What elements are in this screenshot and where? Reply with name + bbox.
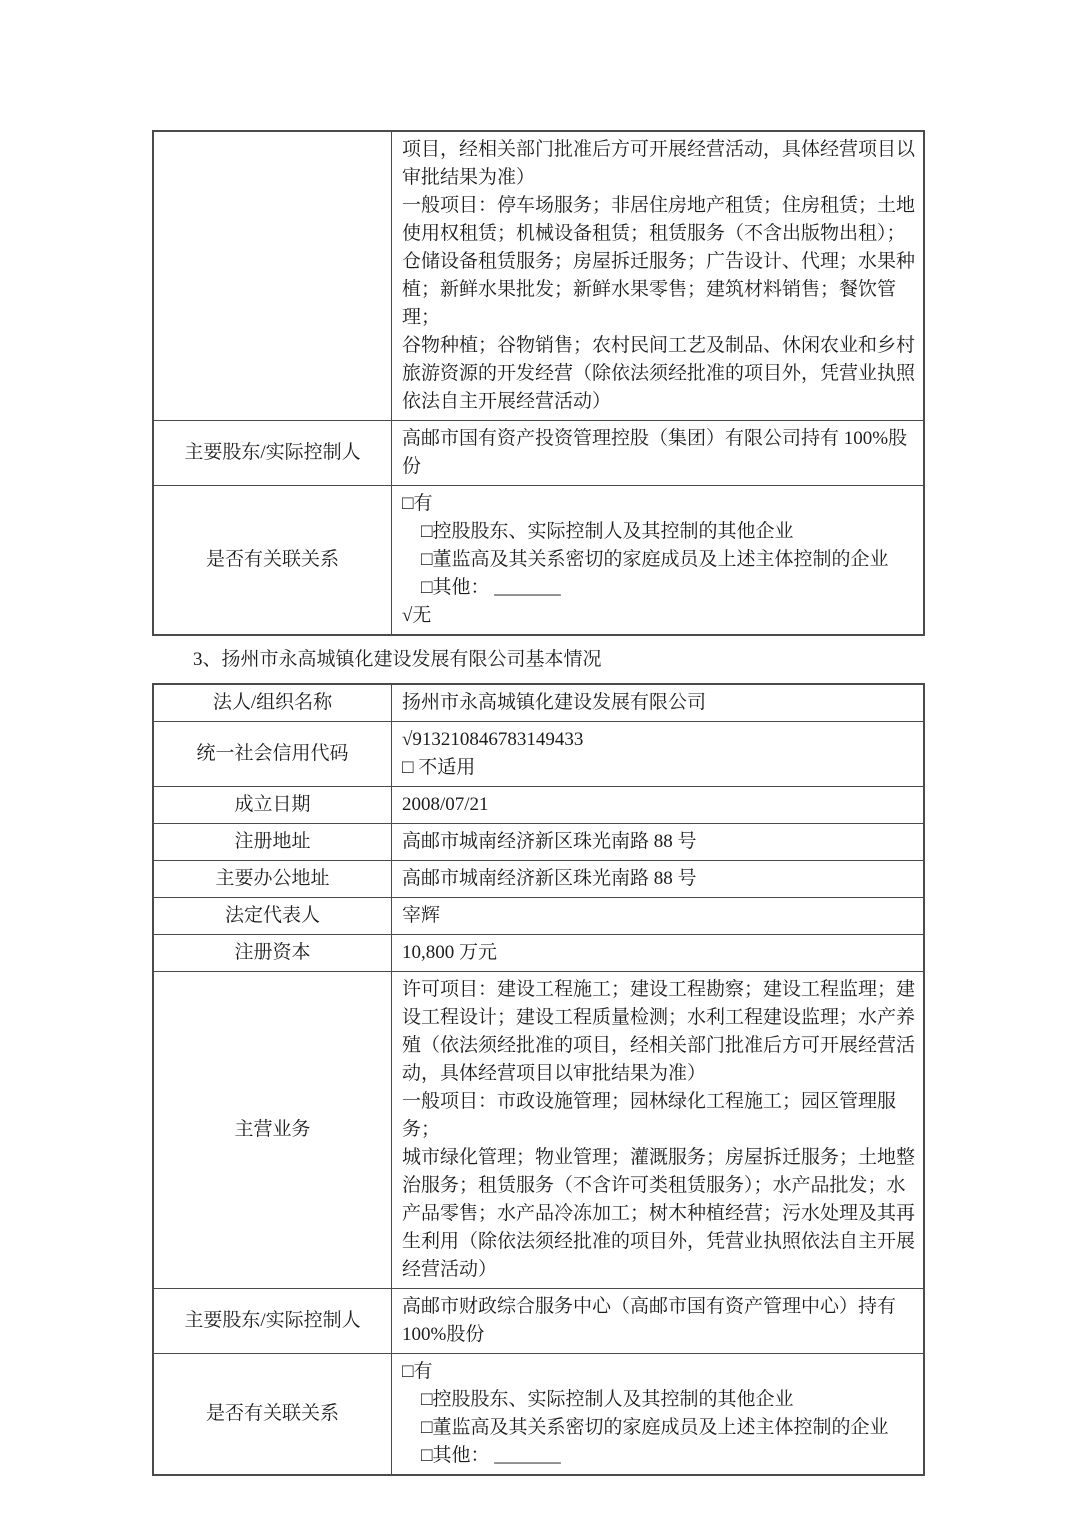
row-label-text: 是否有关联关系 — [160, 1400, 385, 1428]
credit-code-options: √913210846783149433 □ 不适用 — [402, 726, 917, 782]
table-company2-basic-info: 项目，经相关部门批准后方可开展经营活动，具体经营项目以 审批结果为准） 一般项目… — [152, 130, 925, 636]
row-value: □有 □控股股东、实际控制人及其控制的其他企业 □董监高及其关系密切的家庭成员及… — [392, 486, 923, 634]
row-value: 项目，经相关部门批准后方可开展经营活动，具体经营项目以 审批结果为准） 一般项目… — [392, 132, 923, 420]
row-major-shareholder: 主要股东/实际控制人 高邮市财政综合服务中心（高邮市国有资产管理中心）持有 10… — [154, 1288, 923, 1353]
row-office-address: 主要办公地址 高邮市城南经济新区珠光南路 88 号 — [154, 860, 923, 897]
row-label: 注册资本 — [154, 935, 392, 971]
row-label-text: 成立日期 — [160, 791, 385, 819]
row-label-text: 法人/组织名称 — [160, 689, 385, 717]
document-page: 项目，经相关部门批准后方可开展经营活动，具体经营项目以 审批结果为准） 一般项目… — [0, 0, 1080, 1476]
row-label — [154, 132, 392, 420]
row-label-text: 主要股东/实际控制人 — [160, 439, 385, 467]
row-label-text: 主要办公地址 — [160, 865, 385, 893]
row-establish-date: 成立日期 2008/07/21 — [154, 786, 923, 823]
row-label: 是否有关联关系 — [154, 1354, 392, 1474]
row-label: 主要股东/实际控制人 — [154, 421, 392, 485]
row-label: 主要股东/实际控制人 — [154, 1289, 392, 1353]
row-label-text: 主营业务 — [160, 1116, 385, 1144]
related-party-options: □有 □控股股东、实际控制人及其控制的其他企业 □董监高及其关系密切的家庭成员及… — [402, 1358, 917, 1470]
row-value: 高邮市国有资产投资管理控股（集团）有限公司持有 100%股份 — [392, 421, 923, 485]
row-main-business: 主营业务 许可项目：建设工程施工；建设工程勘察；建设工程监理；建 设工程设计；建… — [154, 971, 923, 1288]
shareholder-text: 高邮市财政综合服务中心（高邮市国有资产管理中心）持有 100%股份 — [402, 1293, 917, 1349]
establish-date-text: 2008/07/21 — [402, 791, 917, 819]
row-entity-name: 法人/组织名称 扬州市永高城镇化建设发展有限公司 — [154, 685, 923, 721]
row-related-party: 是否有关联关系 □有 □控股股东、实际控制人及其控制的其他企业 □董监高及其关系… — [154, 1353, 923, 1474]
row-label: 成立日期 — [154, 787, 392, 823]
section-heading: 3、扬州市永高城镇化建设发展有限公司基本情况 — [193, 645, 1080, 675]
row-label-text: 注册资本 — [160, 939, 385, 967]
row-registered-capital: 注册资本 10,800 万元 — [154, 934, 923, 971]
row-value: 10,800 万元 — [392, 935, 923, 971]
office-address-text: 高邮市城南经济新区珠光南路 88 号 — [402, 865, 917, 893]
row-label-text: 是否有关联关系 — [160, 546, 385, 574]
row-label-text: 统一社会信用代码 — [160, 740, 385, 768]
row-label: 主营业务 — [154, 972, 392, 1288]
row-major-shareholder: 主要股东/实际控制人 高邮市国有资产投资管理控股（集团）有限公司持有 100%股… — [154, 420, 923, 485]
row-value: 高邮市城南经济新区珠光南路 88 号 — [392, 861, 923, 897]
row-label-text: 主要股东/实际控制人 — [160, 1307, 385, 1335]
row-label: 法人/组织名称 — [154, 685, 392, 721]
row-value: √913210846783149433 □ 不适用 — [392, 722, 923, 786]
row-label: 是否有关联关系 — [154, 486, 392, 634]
row-value: 2008/07/21 — [392, 787, 923, 823]
row-label-text: 法定代表人 — [160, 902, 385, 930]
table-company3-basic-info: 法人/组织名称 扬州市永高城镇化建设发展有限公司 统一社会信用代码 √91321… — [152, 683, 925, 1476]
row-value: 高邮市财政综合服务中心（高邮市国有资产管理中心）持有 100%股份 — [392, 1289, 923, 1353]
business-scope-text: 许可项目：建设工程施工；建设工程勘察；建设工程监理；建 设工程设计；建设工程质量… — [402, 976, 917, 1284]
row-value: 扬州市永高城镇化建设发展有限公司 — [392, 685, 923, 721]
row-legal-representative: 法定代表人 宰辉 — [154, 897, 923, 934]
shareholder-text: 高邮市国有资产投资管理控股（集团）有限公司持有 100%股份 — [402, 425, 917, 481]
row-value: □有 □控股股东、实际控制人及其控制的其他企业 □董监高及其关系密切的家庭成员及… — [392, 1354, 923, 1474]
legal-representative-text: 宰辉 — [402, 902, 917, 930]
row-label: 统一社会信用代码 — [154, 722, 392, 786]
related-party-options: □有 □控股股东、实际控制人及其控制的其他企业 □董监高及其关系密切的家庭成员及… — [402, 490, 917, 630]
row-value: 高邮市城南经济新区珠光南路 88 号 — [392, 824, 923, 860]
row-label: 注册地址 — [154, 824, 392, 860]
row-value: 许可项目：建设工程施工；建设工程勘察；建设工程监理；建 设工程设计；建设工程质量… — [392, 972, 923, 1288]
row-registered-address: 注册地址 高邮市城南经济新区珠光南路 88 号 — [154, 823, 923, 860]
entity-name-text: 扬州市永高城镇化建设发展有限公司 — [402, 689, 917, 717]
row-label-text: 注册地址 — [160, 828, 385, 856]
row-credit-code: 统一社会信用代码 √913210846783149433 □ 不适用 — [154, 721, 923, 786]
row-related-party: 是否有关联关系 □有 □控股股东、实际控制人及其控制的其他企业 □董监高及其关系… — [154, 485, 923, 634]
business-scope-text: 项目，经相关部门批准后方可开展经营活动，具体经营项目以 审批结果为准） 一般项目… — [402, 136, 917, 416]
row-label: 主要办公地址 — [154, 861, 392, 897]
registered-capital-text: 10,800 万元 — [402, 939, 917, 967]
row-value: 宰辉 — [392, 898, 923, 934]
row-label: 法定代表人 — [154, 898, 392, 934]
registered-address-text: 高邮市城南经济新区珠光南路 88 号 — [402, 828, 917, 856]
row-main-business-continued: 项目，经相关部门批准后方可开展经营活动，具体经营项目以 审批结果为准） 一般项目… — [154, 132, 923, 420]
